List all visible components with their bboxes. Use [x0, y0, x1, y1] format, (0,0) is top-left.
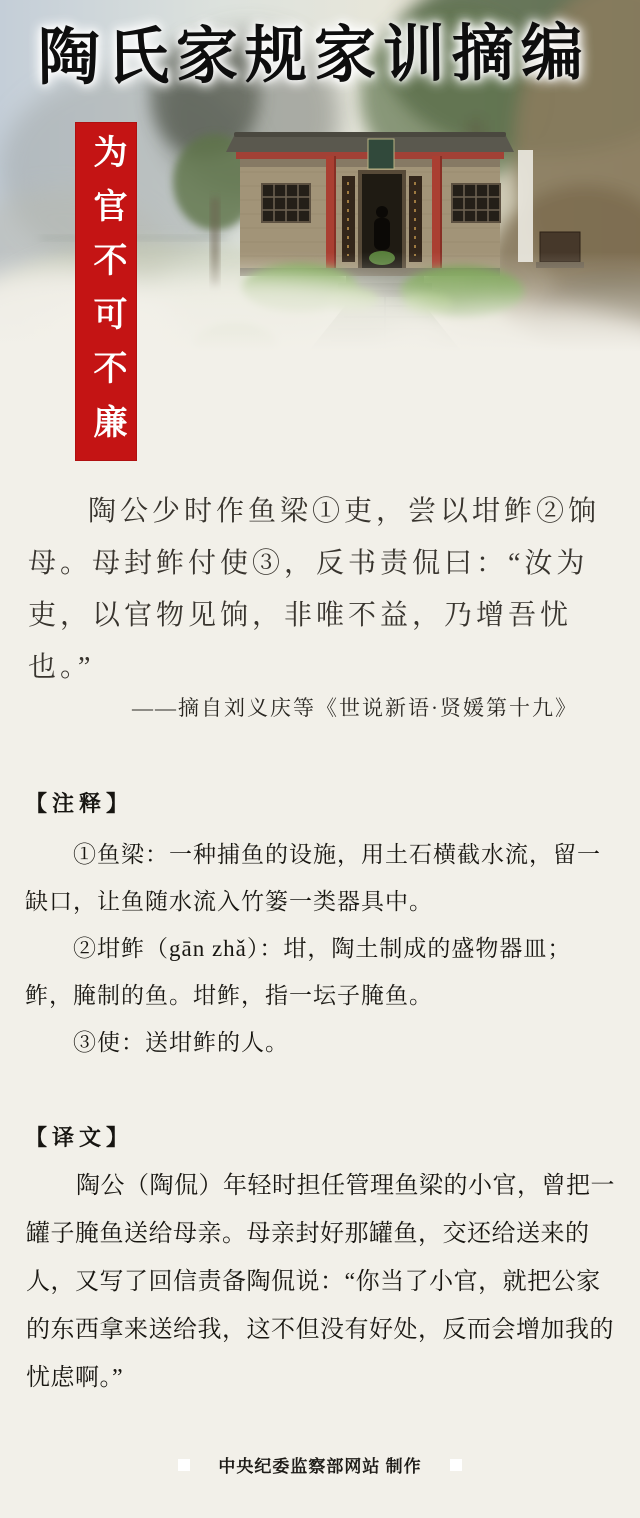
- white-column: [518, 150, 533, 262]
- footer-credit-text: 中央纪委监察部网站 制作: [218, 1452, 421, 1477]
- footer-credit: 中央纪委监察部网站 制作: [0, 1452, 640, 1477]
- footer-square-right: [450, 1459, 462, 1471]
- quote-text: 陶公少时作鱼梁①吏，尝以坩鲊②饷母。母封鲊付使③，反书责侃曰：“汝为吏，以官物见…: [0, 486, 640, 694]
- notes-heading: 【注释】: [0, 786, 640, 822]
- translation-text: 陶公（陶侃）年轻时担任管理鱼梁的小官，曾把一罐子腌鱼送给母亲。母亲封好那罐鱼，交…: [0, 1162, 640, 1402]
- poster-page: 陶氏家规家训摘编 为官不可不廉 陶公少时作鱼梁①吏，尝以坩鲊②饷母。母封鲊付使③…: [0, 0, 640, 1518]
- quote-attribution: ——摘自刘义庆等《世说新语·贤媛第十九》: [0, 690, 640, 726]
- lattice-window-right: [452, 184, 500, 222]
- poster-title: 陶氏家规家训摘编: [38, 13, 635, 99]
- note-item-1: ①鱼梁：一种捕鱼的设施，用土石横截水流，留一缺口，让鱼随水流入竹篓一类器具中。: [0, 831, 640, 925]
- lattice-window-left: [262, 184, 310, 222]
- banner-text: 为官不可不廉: [75, 122, 137, 461]
- note-item-3: ③使：送坩鲊的人。: [0, 1019, 640, 1066]
- footer-square-left: [178, 1459, 190, 1471]
- door-plaque: [368, 139, 394, 169]
- note-item-2: ②坩鲊（gān zhǎ）：坩，陶土制成的盛物器皿；鲊，腌制的鱼。坩鲊，指一坛子腌…: [0, 925, 640, 1019]
- translation-heading: 【译文】: [0, 1120, 640, 1156]
- content-column: 陶公少时作鱼梁①吏，尝以坩鲊②饷母。母封鲊付使③，反书责侃曰：“汝为吏，以官物见…: [0, 486, 640, 1402]
- statue-silhouette: [376, 206, 388, 218]
- vertical-banner: 为官不可不廉: [75, 122, 137, 461]
